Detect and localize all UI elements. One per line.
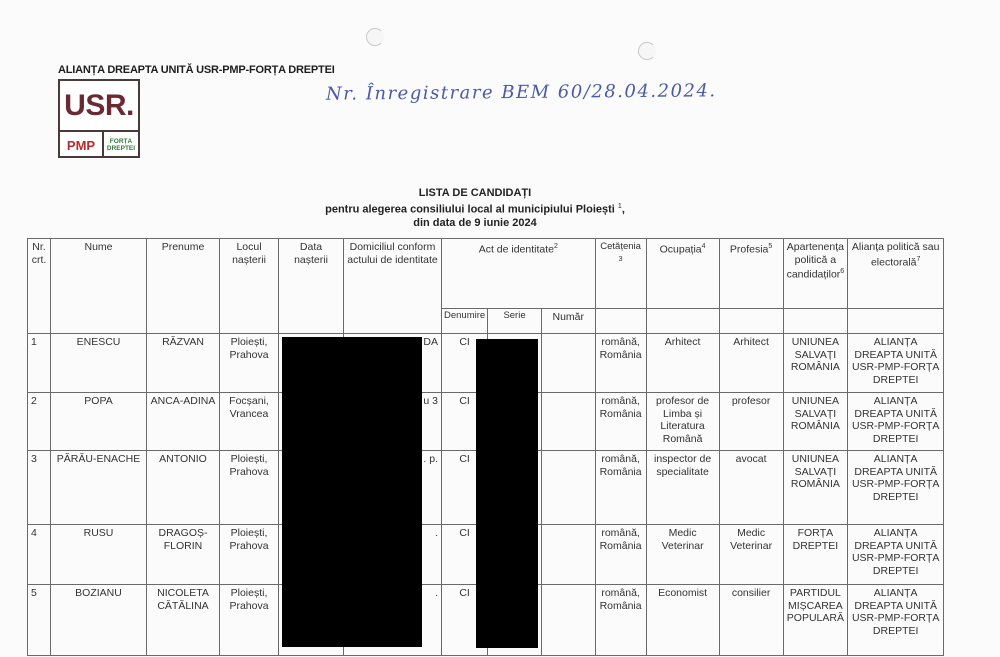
cell-act-numar: [redacted] <box>541 525 595 585</box>
cell-profesia: avocat <box>719 451 783 525</box>
header-alianta: Alianța politică sau electorală7 <box>848 239 944 309</box>
cell-cetatenia: română, România <box>595 334 646 393</box>
logo-forta-text: FORȚA <box>110 138 132 145</box>
logo-pmp-text: PMP <box>60 132 104 158</box>
subheader-empty-profesia <box>719 309 783 334</box>
cell-alianta: ALIANȚA DREAPTA UNITĂ USR-PMP-FORȚA DREP… <box>848 525 944 585</box>
cell-prenume: NICOLETA CĂTĂLINA <box>147 585 220 656</box>
cell-profesia: consilier <box>719 585 783 656</box>
cell-apartenenta: UNIUNEA SALVAȚI ROMÂNIA <box>783 334 848 393</box>
cell-apartenenta: FORȚA DREPTEI <box>783 525 848 585</box>
cell-ocupatia: Economist <box>646 585 719 656</box>
cell-alianta: ALIANȚA DREAPTA UNITĂ USR-PMP-FORȚA DREP… <box>848 334 944 393</box>
cell-nr: 5 <box>28 585 51 656</box>
header-cetatenia: Cetățenia3 <box>595 239 646 309</box>
cell-nume: ENESCU <box>51 334 147 393</box>
title-line-2: pentru alegerea consiliului local al mun… <box>300 200 650 217</box>
cell-profesia: Medic Veterinar <box>719 525 783 585</box>
header-domiciliu: Domiciliul conform actului de identitate <box>344 239 442 334</box>
header-act-identitate: Act de identitate2 <box>442 239 596 309</box>
cell-alianta: ALIANȚA DREAPTA UNITĂ USR-PMP-FORȚA DREP… <box>848 585 944 656</box>
cell-cetatenia: română, România <box>595 525 646 585</box>
table-header-row: Nr. crt. Nume Prenume Locul nașterii Dat… <box>28 239 944 309</box>
cell-locul-nasterii: Ploiești, Prahova <box>220 334 279 393</box>
cell-ocupatia: Medic Veterinar <box>646 525 719 585</box>
alliance-logo: USR. PMP FORȚA DREPTEI <box>58 79 140 158</box>
cell-act-numar: [redacted] <box>541 451 595 525</box>
subheader-empty-ocupatia <box>646 309 719 334</box>
subheader-empty-cetatenia <box>595 309 646 334</box>
header-act-denumire: Denumire <box>442 309 488 334</box>
cell-apartenenta: PARTIDUL MIȘCAREA POPULARĂ <box>783 585 848 656</box>
cell-act-numar: [redacted] <box>541 393 595 451</box>
cell-act-numar: [redacted] <box>541 585 595 656</box>
subheader-empty-apartenenta <box>783 309 848 334</box>
punch-hole-right <box>638 42 656 60</box>
cell-cetatenia: română, România <box>595 585 646 656</box>
cell-nume: PĂRĂU-ENACHE <box>51 451 147 525</box>
header-data-nasterii: Data nașterii <box>279 239 344 334</box>
cell-alianta: ALIANȚA DREAPTA UNITĂ USR-PMP-FORȚA DREP… <box>848 451 944 525</box>
cell-nume: POPA <box>51 393 147 451</box>
cell-nr: 1 <box>28 334 51 393</box>
document-title: LISTA DE CANDIDAȚI pentru alegerea consi… <box>300 187 650 230</box>
header-profesia: Profesia5 <box>719 239 783 309</box>
logo-forta-dreptei: FORȚA DREPTEI <box>104 132 138 158</box>
cell-nr: 3 <box>28 451 51 525</box>
header-ocupatia: Ocupația4 <box>646 239 719 309</box>
redaction-id-serie-numar <box>476 339 538 648</box>
title-line-1: LISTA DE CANDIDAȚI <box>300 187 650 200</box>
cell-nr: 2 <box>28 393 51 451</box>
cell-ocupatia: inspector de specialitate <box>646 451 719 525</box>
cell-ocupatia: Arhitect <box>646 334 719 393</box>
cell-act-numar: [redacted] <box>541 334 595 393</box>
cell-prenume: ANTONIO <box>147 451 220 525</box>
party-name: ALIANȚA DREAPTA UNITĂ USR-PMP-FORȚA DREP… <box>58 64 335 76</box>
header-apartenenta: Apartenența politică a candidaților6 <box>783 239 848 309</box>
header-act-numar: Număr <box>541 309 595 334</box>
cell-prenume: ANCA-ADINA <box>147 393 220 451</box>
title-line-3: din data de 9 iunie 2024 <box>300 217 650 230</box>
cell-nr: 4 <box>28 525 51 585</box>
logo-bottom-row: PMP FORȚA DREPTEI <box>60 130 138 158</box>
cell-locul-nasterii: Ploiești, Prahova <box>220 525 279 585</box>
cell-alianta: ALIANȚA DREAPTA UNITĂ USR-PMP-FORȚA DREP… <box>848 393 944 451</box>
header-prenume: Prenume <box>147 239 220 334</box>
cell-nume: BOZIANU <box>51 585 147 656</box>
cell-locul-nasterii: Ploiești, Prahova <box>220 585 279 656</box>
header-nr: Nr. crt. <box>28 239 51 334</box>
cell-cetatenia: română, România <box>595 451 646 525</box>
handwritten-registration-note: Nr. Înregistrare BEM 60/28.04.2024. <box>326 80 717 104</box>
punch-hole-left <box>366 28 384 46</box>
header-nume: Nume <box>51 239 147 334</box>
cell-apartenenta: UNIUNEA SALVAȚI ROMÂNIA <box>783 451 848 525</box>
redaction-birthdate-address <box>282 337 422 647</box>
logo-usr-text: USR. <box>60 81 138 131</box>
cell-locul-nasterii: Focșani, Vrancea <box>220 393 279 451</box>
cell-profesia: Arhitect <box>719 334 783 393</box>
cell-locul-nasterii: Ploiești, Prahova <box>220 451 279 525</box>
cell-nume: RUSU <box>51 525 147 585</box>
header-act-serie: Serie <box>488 309 542 334</box>
cell-prenume: DRAGOȘ-FLORIN <box>147 525 220 585</box>
cell-ocupatia: profesor de Limba și Literatura Română <box>646 393 719 451</box>
logo-dreptei-text: DREPTEI <box>107 145 135 152</box>
cell-prenume: RĂZVAN <box>147 334 220 393</box>
subheader-empty-alianta <box>848 309 944 334</box>
cell-cetatenia: română, România <box>595 393 646 451</box>
cell-profesia: profesor <box>719 393 783 451</box>
header-locul-nasterii: Locul nașterii <box>220 239 279 334</box>
cell-apartenenta: UNIUNEA SALVAȚI ROMÂNIA <box>783 393 848 451</box>
